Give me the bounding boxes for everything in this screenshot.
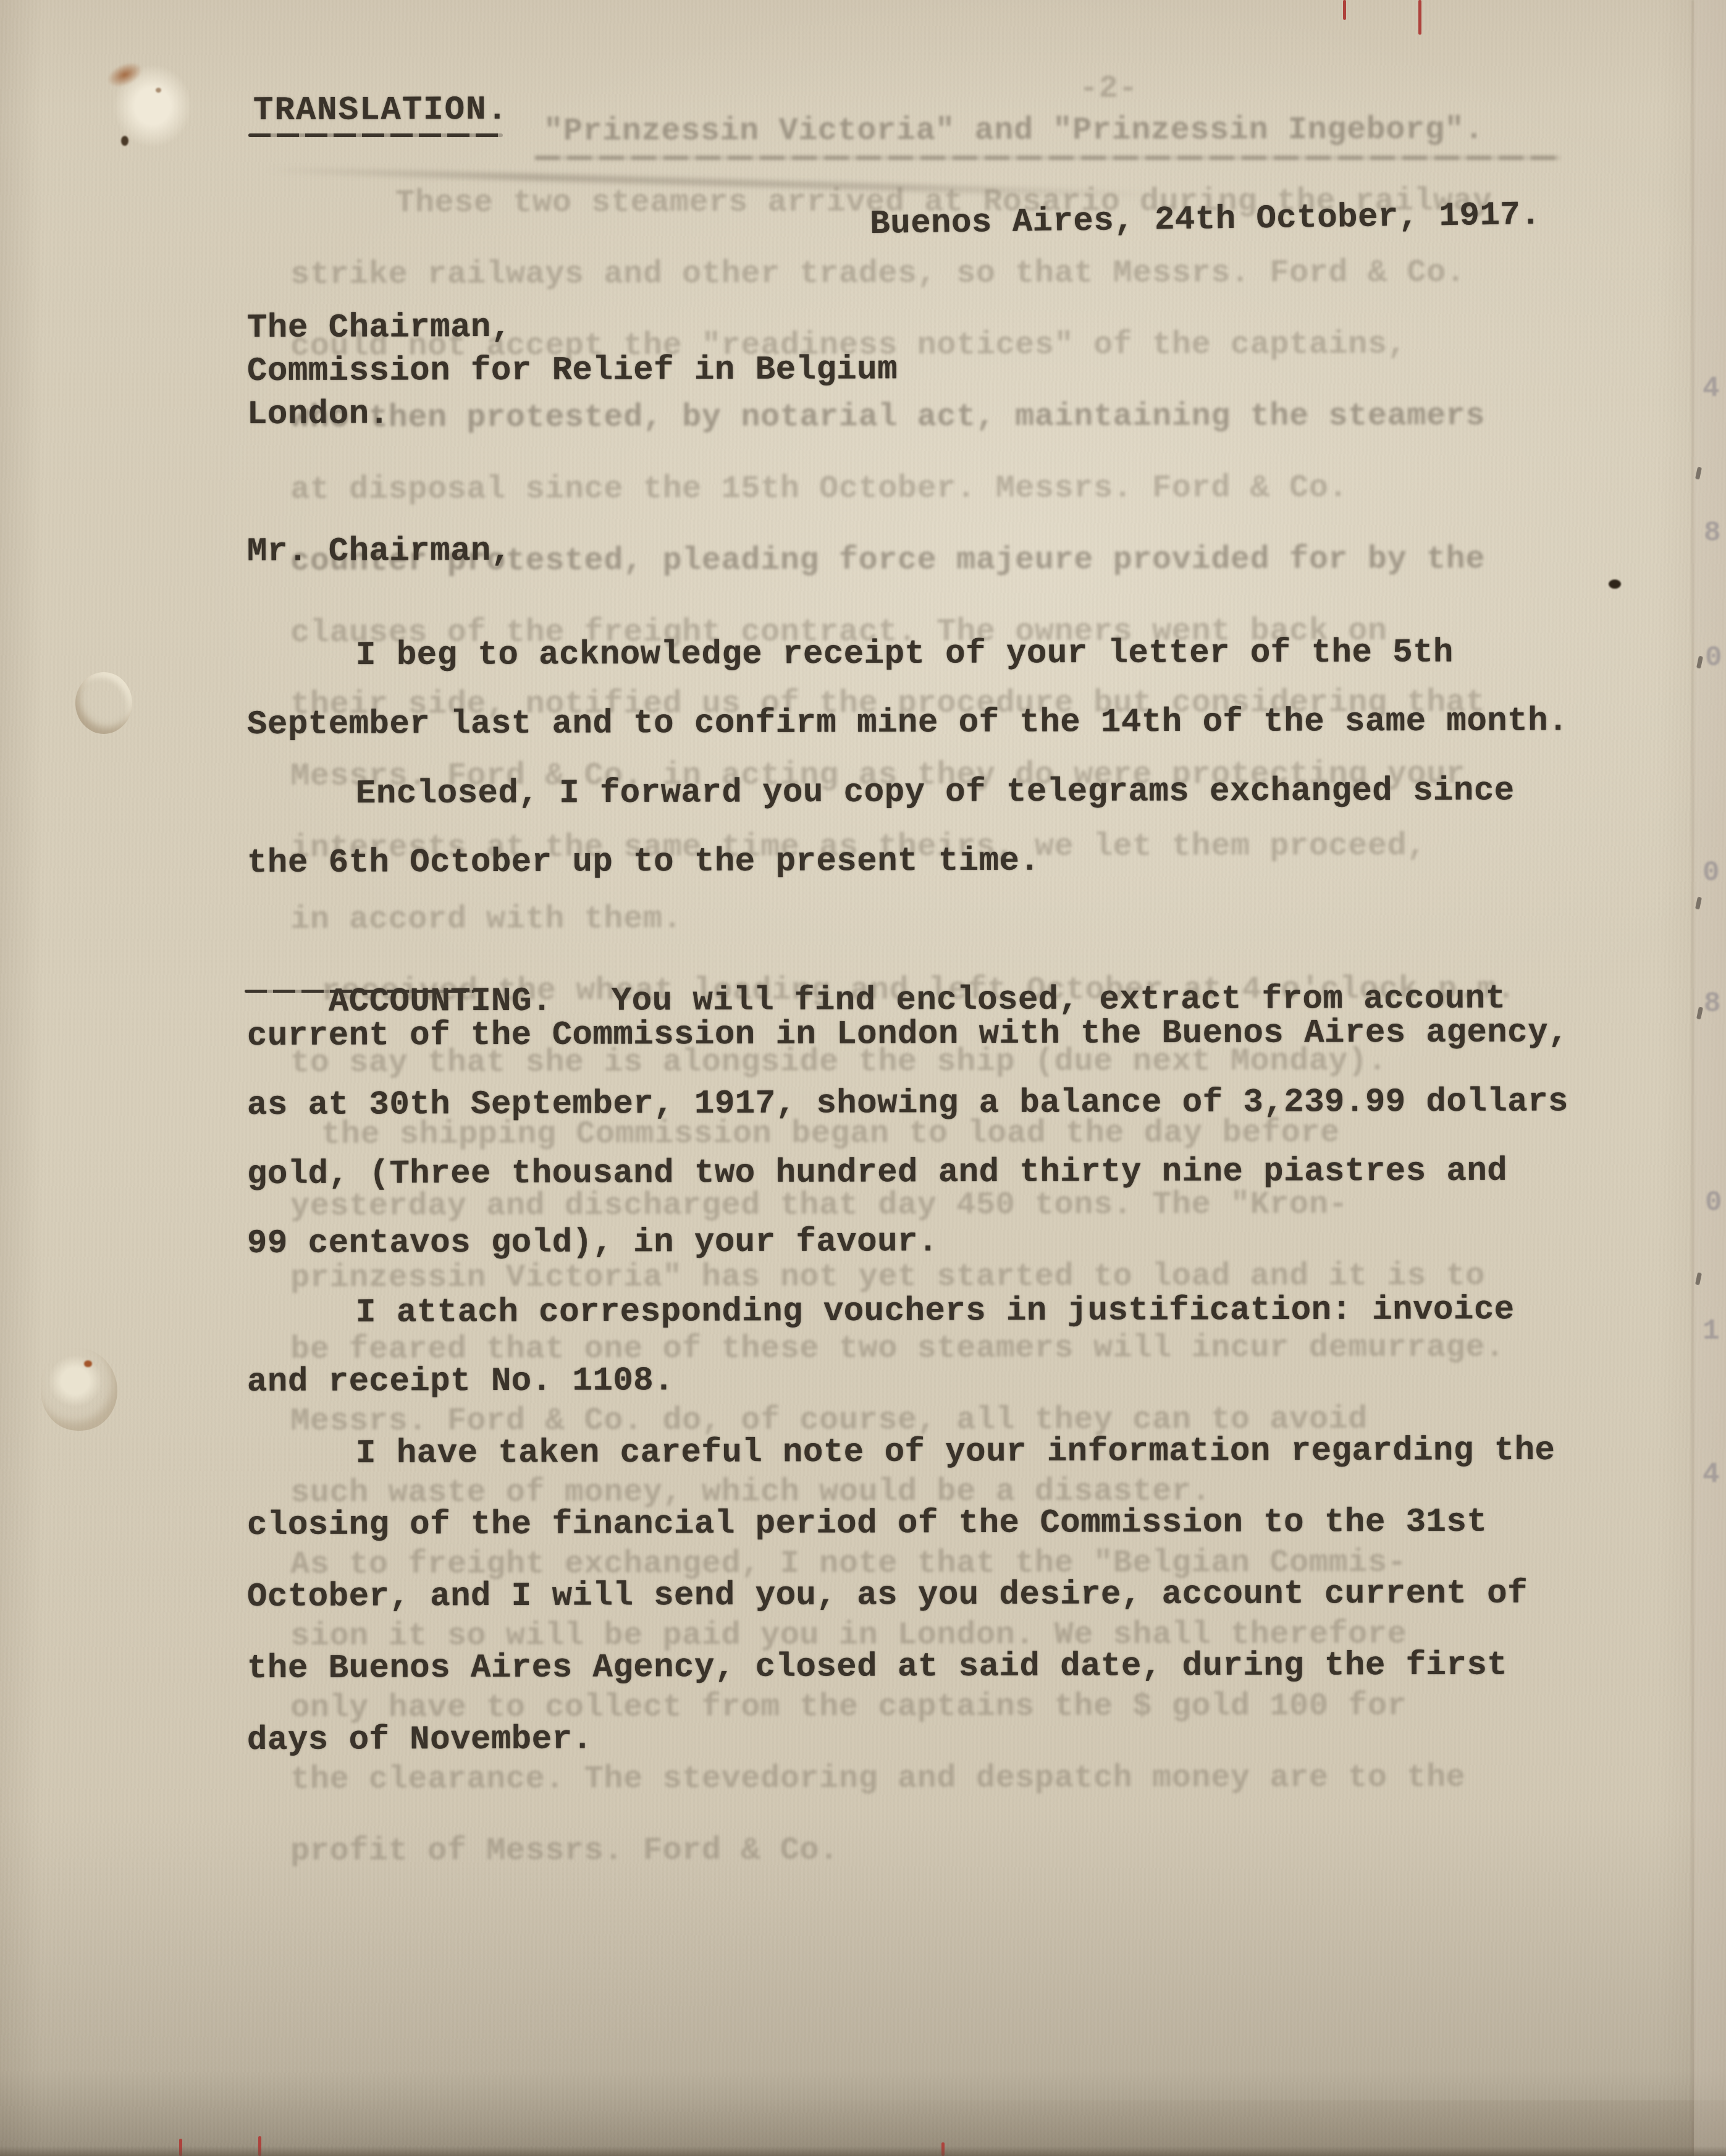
body-line: gold, (Three thousand two hundred and th…	[247, 1155, 1507, 1193]
body-line: I beg to acknowledge receipt of your let…	[356, 636, 1454, 673]
recipient-line: London.	[247, 397, 389, 432]
punch-hole-rust-dot	[84, 1360, 92, 1367]
bleedthrough-line: who then protested, by notarial act, mai…	[290, 400, 1485, 436]
document-heading: TRANSLATION.	[253, 93, 508, 129]
bleedthrough-line: prinzessin Victoria" has not yet started…	[290, 1260, 1485, 1295]
body-line: closing of the financial period of the C…	[247, 1505, 1487, 1544]
paper-stain-dark-speck	[121, 136, 128, 146]
edge-glyph: 1	[1703, 1317, 1720, 1345]
dateline: Buenos Aires, 24th October, 1917.	[870, 198, 1541, 243]
body-line: I attach corresponding vouchers in justi…	[356, 1293, 1515, 1331]
heading-underline	[248, 133, 503, 137]
edge-glyph: 8	[1704, 990, 1721, 1018]
bleedthrough-line: only have to collect from the captains t…	[290, 1690, 1407, 1725]
paper-stain-small-speck	[156, 88, 161, 93]
punch-hole-torn	[41, 1348, 117, 1431]
bleedthrough-page-number: -2-	[1001, 38, 1138, 106]
red-registration-mark	[1418, 0, 1421, 35]
edge-glyph: 4	[1703, 374, 1720, 403]
edge-glyph: 0	[1705, 1189, 1722, 1217]
body-line: the 6th October up to the present time.	[247, 844, 1040, 882]
edge-glyph: 8	[1704, 519, 1721, 547]
edge-glyph: 0	[1705, 644, 1722, 672]
recipient-line: Commission for Relief in Belgium	[247, 353, 898, 389]
body-line: Enclosed, I forward you copy of telegram…	[356, 774, 1515, 812]
paper-crease	[1691, 0, 1694, 2156]
edge-glyph: 4	[1703, 1460, 1720, 1489]
bleedthrough-line: yesterday and discharged that day 450 to…	[290, 1188, 1348, 1224]
body-line: and receipt No. 1108.	[247, 1364, 674, 1400]
page-bottom-edge	[0, 2146, 1726, 2156]
red-registration-mark	[1343, 0, 1346, 20]
ink-dot	[1609, 579, 1621, 589]
bleedthrough-line: in accord with them.	[290, 903, 682, 937]
body-line: current of the Commission in London with…	[247, 1016, 1568, 1054]
scanned-letter-page: -2- "Prinzessin Victoria" and "Prinzessi…	[0, 0, 1726, 2156]
bleedthrough-underline	[535, 156, 1560, 160]
body-line: the Buenos Aires Agency, closed at said …	[247, 1649, 1507, 1687]
body-line: days of November.	[247, 1723, 593, 1759]
body-line: as at 30th September, 1917, showing a ba…	[247, 1085, 1568, 1123]
salutation: Mr. Chairman,	[247, 534, 511, 570]
body-line: I have taken careful note of your inform…	[356, 1434, 1556, 1472]
body-line: September last and to confirm mine of th…	[247, 704, 1568, 743]
bleedthrough-line: profit of Messrs. Ford & Co.	[290, 1834, 839, 1868]
bleedthrough-line: the clearance. The stevedoring and despa…	[290, 1761, 1465, 1797]
punch-hole-impression	[75, 672, 132, 734]
bleedthrough-line: at disposal since the 15th October. Mess…	[290, 471, 1348, 507]
right-edge-strip	[1694, 0, 1726, 2156]
bleedthrough-line: "Prinzessin Victoria" and "Prinzessin In…	[544, 113, 1484, 148]
bleedthrough-line: be feared that one of these two steamers…	[290, 1331, 1505, 1367]
section-heading-accounting: ACCOUNTING.	[329, 982, 552, 1021]
edge-glyph: 0	[1703, 859, 1720, 887]
bleedthrough-line: strike railways and other trades, so tha…	[290, 256, 1465, 292]
accounting-underline	[245, 990, 474, 993]
recipient-line: The Chairman,	[247, 311, 511, 347]
body-line: 99 centavos gold), in your favour.	[247, 1225, 938, 1262]
body-line: October, and I will send you, as you des…	[247, 1577, 1528, 1615]
